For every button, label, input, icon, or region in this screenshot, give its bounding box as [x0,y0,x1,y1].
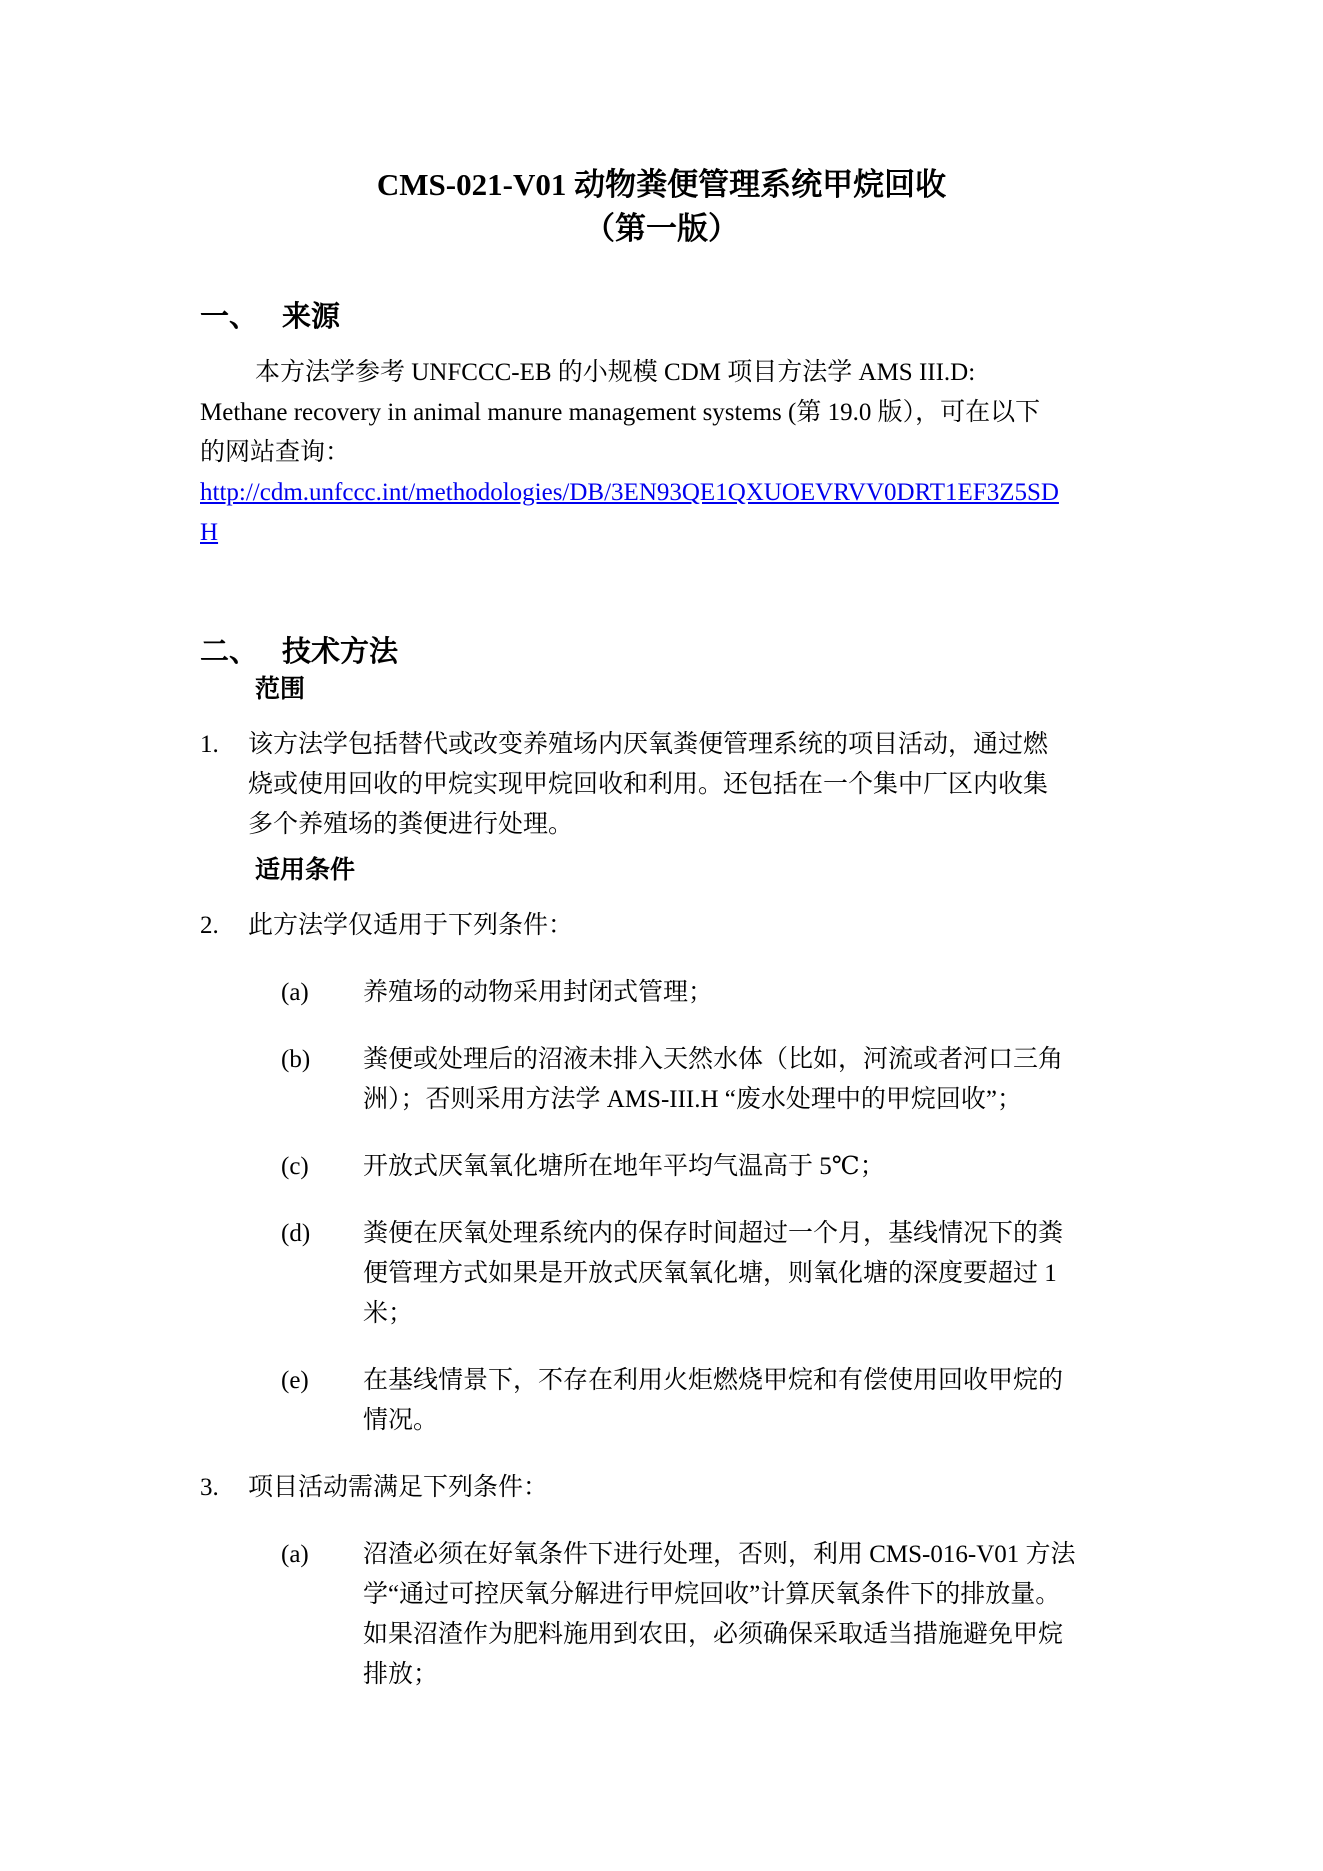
condition-label: (c) [281,1147,309,1187]
condition-2c: (c) 开放式厌氧氧化塘所在地年平均气温高于 5℃； [281,1147,1131,1187]
section-1-number: 一、 [200,297,282,337]
condition-2e: (e) 在基线情景下，不存在利用火炬燃烧甲烷和有偿使用回收甲烷的 情况。 [281,1361,1131,1441]
section-2-heading: 二、技术方法 [200,632,398,672]
condition-3a: (a) 沼渣必须在好氧条件下进行处理，否则，利用 CMS-016-V01 方法 … [281,1535,1131,1695]
numbered-item-1: 1. 该方法学包括替代或改变养殖场内厌氧粪便管理系统的项目活动，通过燃 烧或使用… [200,725,1130,845]
condition-line: 开放式厌氧氧化塘所在地年平均气温高于 5℃； [363,1147,1131,1187]
source-line-2: Methane recovery in animal manure manage… [200,393,1130,433]
applicability-subheading: 适用条件 [255,853,355,889]
condition-2a: (a) 养殖场的动物采用封闭式管理； [281,973,1131,1013]
condition-line: 养殖场的动物采用封闭式管理； [363,973,1131,1013]
condition-label: (d) [281,1214,310,1254]
section-1-heading: 一、来源 [200,297,340,337]
condition-line: 如果沼渣作为肥料施用到农田，必须确保采取适当措施避免甲烷 [363,1615,1131,1655]
condition-line: 便管理方式如果是开放式厌氧氧化塘，则氧化塘的深度要超过 1 [363,1254,1131,1294]
item-2-number: 2. [200,906,219,946]
methodology-link[interactable]: http://cdm.unfccc.int/methodologies/DB/3… [200,479,1059,506]
item-1-number: 1. [200,725,219,765]
condition-label: (a) [281,1535,309,1575]
condition-line: 在基线情景下，不存在利用火炬燃烧甲烷和有偿使用回收甲烷的 [363,1361,1131,1401]
numbered-item-3: 3. 项目活动需满足下列条件： [200,1468,1130,1508]
item-1-line: 多个养殖场的粪便进行处理。 [248,805,1130,845]
condition-2b: (b) 粪便或处理后的沼液未排入天然水体（比如，河流或者河口三角 洲）；否则采用… [281,1040,1131,1120]
scope-subheading: 范围 [255,672,305,708]
title-line-1: CMS-021-V01 动物粪便管理系统甲烷回收 [0,163,1323,207]
source-line-3: 的网站查询： [200,433,1130,473]
condition-line: 沼渣必须在好氧条件下进行处理，否则，利用 CMS-016-V01 方法 [363,1535,1131,1575]
condition-line: 洲）；否则采用方法学 AMS-III.H “废水处理中的甲烷回收”； [363,1080,1131,1120]
condition-line: 学“通过可控厌氧分解进行甲烷回收”计算厌氧条件下的排放量。 [363,1575,1131,1615]
condition-line: 米； [363,1294,1131,1334]
document-page: CMS-021-V01 动物粪便管理系统甲烷回收 （第一版） 一、来源 本方法学… [0,0,1323,1871]
section-2-title: 技术方法 [282,636,398,668]
title-line-2: （第一版） [0,207,1323,251]
condition-label: (b) [281,1040,310,1080]
condition-line: 情况。 [363,1401,1131,1441]
methodology-link-continued[interactable]: H [200,519,218,546]
item-3-number: 3. [200,1468,219,1508]
section-2-number: 二、 [200,632,282,672]
item-1-line: 烧或使用回收的甲烷实现甲烷回收和利用。还包括在一个集中厂区内收集 [248,765,1130,805]
condition-line: 排放； [363,1655,1131,1695]
condition-line: 粪便在厌氧处理系统内的保存时间超过一个月，基线情况下的粪 [363,1214,1131,1254]
condition-label: (a) [281,973,309,1013]
document-title: CMS-021-V01 动物粪便管理系统甲烷回收 （第一版） [0,163,1323,251]
condition-line: 粪便或处理后的沼液未排入天然水体（比如，河流或者河口三角 [363,1040,1131,1080]
numbered-item-2: 2. 此方法学仅适用于下列条件： [200,906,1130,946]
section-1-title: 来源 [282,301,340,333]
condition-2d: (d) 粪便在厌氧处理系统内的保存时间超过一个月，基线情况下的粪 便管理方式如果… [281,1214,1131,1334]
item-1-line: 该方法学包括替代或改变养殖场内厌氧粪便管理系统的项目活动，通过燃 [248,725,1130,765]
source-paragraph: 本方法学参考 UNFCCC-EB 的小规模 CDM 项目方法学 AMS III.… [200,353,1130,553]
item-3-text: 项目活动需满足下列条件： [248,1468,1130,1508]
item-2-text: 此方法学仅适用于下列条件： [248,906,1130,946]
condition-label: (e) [281,1361,309,1401]
source-line-1: 本方法学参考 UNFCCC-EB 的小规模 CDM 项目方法学 AMS III.… [200,353,1130,393]
